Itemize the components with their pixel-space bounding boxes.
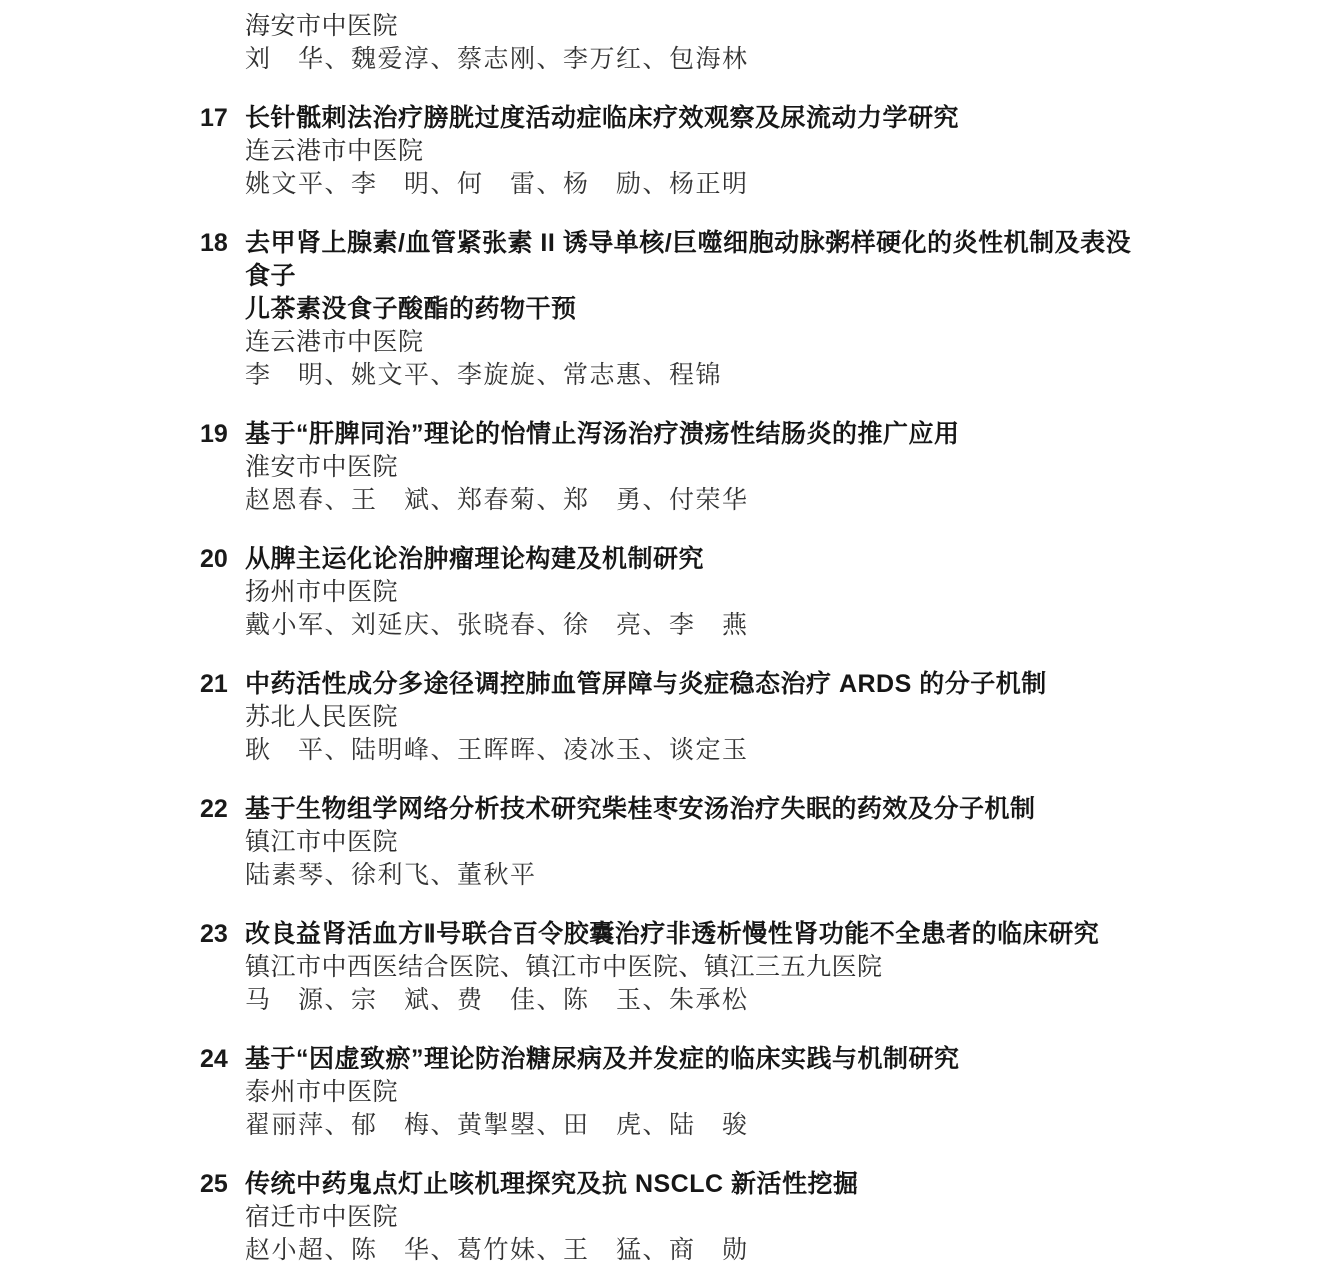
entry-authors: 刘 华、魏爱淳、蔡志刚、李万红、包海林 [245, 43, 1155, 76]
document-page: 海安市中医院 刘 华、魏爱淳、蔡志刚、李万红、包海林 17 长针骶刺法治疗膀胱过… [0, 0, 1325, 1279]
entry-authors: 陆素琴、徐利飞、董秋平 [245, 859, 1155, 892]
entry-authors: 戴小军、刘延庆、张晓春、徐 亮、李 燕 [245, 609, 1155, 642]
entry-row-22: 22 基于生物组学网络分析技术研究柴桂枣安汤治疗失眠的药效及分子机制 镇江市中医… [0, 793, 1325, 892]
entry-number: 23 [0, 918, 245, 951]
entry-title: 基于“因虚致瘀”理论防治糖尿病及并发症的临床实践与机制研究 [245, 1043, 1155, 1076]
entry-authors: 李 明、姚文平、李旋旋、常志惠、程锦 [245, 359, 1155, 392]
entry-authors: 赵小超、陈 华、葛竹妹、王 猛、商 勋 [245, 1234, 1155, 1267]
entry-title: 去甲肾上腺素/血管紧张素 II 诱导单核/巨噬细胞动脉粥样硬化的炎性机制及表没食… [245, 227, 1155, 326]
entry-title: 从脾主运化论治肿瘤理论构建及机制研究 [245, 543, 1155, 576]
entry-row-17: 17 长针骶刺法治疗膀胱过度活动症临床疗效观察及尿流动力学研究 连云港市中医院 … [0, 102, 1325, 201]
entry-row-19: 19 基于“肝脾同治”理论的怡情止泻汤治疗溃疡性结肠炎的推广应用 淮安市中医院 … [0, 418, 1325, 517]
entry-row-18: 18 去甲肾上腺素/血管紧张素 II 诱导单核/巨噬细胞动脉粥样硬化的炎性机制及… [0, 227, 1325, 392]
entry-institution: 苏北人民医院 [245, 701, 1155, 734]
entry-authors: 赵恩春、王 斌、郑春菊、郑 勇、付荣华 [245, 484, 1155, 517]
entry-institution: 镇江市中西医结合医院、镇江市中医院、镇江三五九医院 [245, 951, 1155, 984]
entry-authors: 马 源、宗 斌、费 佳、陈 玉、朱承松 [245, 984, 1155, 1017]
entry-row-21: 21 中药活性成分多途径调控肺血管屏障与炎症稳态治疗 ARDS 的分子机制 苏北… [0, 668, 1325, 767]
entry-number: 25 [0, 1168, 245, 1201]
entry-institution: 连云港市中医院 [245, 326, 1155, 359]
entry-title: 传统中药鬼点灯止咳机理探究及抗 NSCLC 新活性挖掘 [245, 1168, 1155, 1201]
entry-number: 22 [0, 793, 245, 826]
entry-number: 20 [0, 543, 245, 576]
entry-institution: 宿迁市中医院 [245, 1201, 1155, 1234]
entry-title: 中药活性成分多途径调控肺血管屏障与炎症稳态治疗 ARDS 的分子机制 [245, 668, 1155, 701]
entry-row-24: 24 基于“因虚致瘀”理论防治糖尿病及并发症的临床实践与机制研究 泰州市中医院 … [0, 1043, 1325, 1142]
entry-authors: 翟丽萍、郁 梅、黄掣曌、田 虎、陆 骏 [245, 1109, 1155, 1142]
entry-institution: 连云港市中医院 [245, 135, 1155, 168]
entry-number: 17 [0, 102, 245, 135]
entry-number: 19 [0, 418, 245, 451]
entry-continued: 海安市中医院 刘 华、魏爱淳、蔡志刚、李万红、包海林 [0, 10, 1325, 76]
entry-institution: 镇江市中医院 [245, 826, 1155, 859]
entry-row-20: 20 从脾主运化论治肿瘤理论构建及机制研究 扬州市中医院 戴小军、刘延庆、张晓春… [0, 543, 1325, 642]
entry-title: 改良益肾活血方Ⅱ号联合百令胶囊治疗非透析慢性肾功能不全患者的临床研究 [245, 918, 1155, 951]
entry-number: 24 [0, 1043, 245, 1076]
entry-title: 基于生物组学网络分析技术研究柴桂枣安汤治疗失眠的药效及分子机制 [245, 793, 1155, 826]
entry-institution: 泰州市中医院 [245, 1076, 1155, 1109]
entry-authors: 耿 平、陆明峰、王晖晖、凌冰玉、谈定玉 [245, 734, 1155, 767]
entry-number: 21 [0, 668, 245, 701]
entry-title: 长针骶刺法治疗膀胱过度活动症临床疗效观察及尿流动力学研究 [245, 102, 1155, 135]
entry-authors: 姚文平、李 明、何 雷、杨 励、杨正明 [245, 168, 1155, 201]
entry-row-25: 25 传统中药鬼点灯止咳机理探究及抗 NSCLC 新活性挖掘 宿迁市中医院 赵小… [0, 1168, 1325, 1267]
entry-institution: 海安市中医院 [245, 10, 1155, 43]
entry-institution: 扬州市中医院 [245, 576, 1155, 609]
entry-institution: 淮安市中医院 [245, 451, 1155, 484]
entry-row-23: 23 改良益肾活血方Ⅱ号联合百令胶囊治疗非透析慢性肾功能不全患者的临床研究 镇江… [0, 918, 1325, 1017]
entry-number: 18 [0, 227, 245, 260]
entry-title: 基于“肝脾同治”理论的怡情止泻汤治疗溃疡性结肠炎的推广应用 [245, 418, 1155, 451]
